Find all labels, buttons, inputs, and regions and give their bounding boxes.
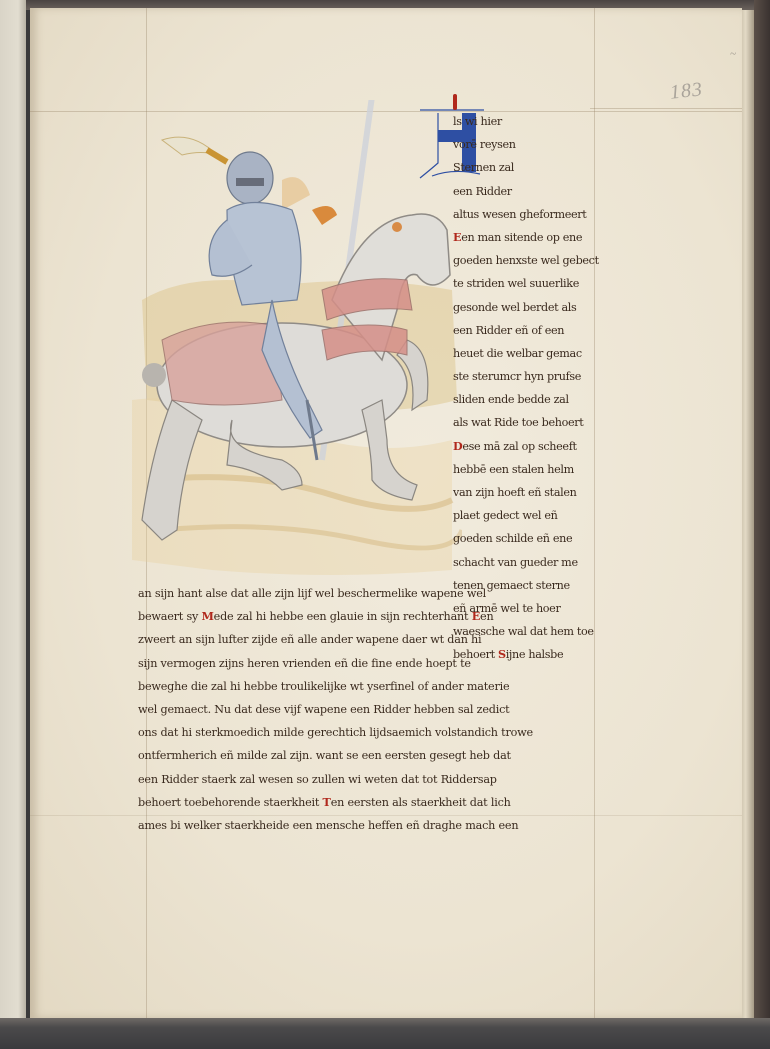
rubric-letter: E [453,230,461,244]
text-line: goeden schilde eñ ene [453,527,618,550]
text-line: plaet gedect wel eñ [453,504,618,527]
book-page-edges [740,10,754,1020]
text-line: Sternen zal [453,156,618,179]
text-line: goeden henxste wel gebect [453,249,618,272]
text-line: ls wi hier [453,110,618,133]
text-line: Dese mā zal op scheeft [453,435,618,458]
text-line: bewaert sy Mede zal hi hebbe een glauie … [138,605,608,628]
text-line: ste sterumcr hyn prufse [453,365,618,388]
text-line: behoert toebehorende staerkheit Ten eers… [138,791,608,814]
text-line: an sijn hant alse dat alle zijn lijf wel… [138,582,608,605]
rubric-letter: E [472,609,480,623]
catchmark: ~ [730,48,736,60]
text-line: ames bi welker staerkheide een mensche h… [138,814,608,837]
text-line: schacht van gueder me [453,551,618,574]
text-line: wel gemaect. Nu dat dese vijf wapene een… [138,698,608,721]
text-line: sijn vermogen zijns heren vrienden eñ di… [138,652,608,675]
rubric-stroke [453,94,457,110]
scan-background-bottom [0,1018,770,1049]
scan-background-right [754,0,770,1049]
rubric-letter: T [323,795,331,809]
rubric-letter: D [453,439,462,453]
folio-number: 183 [669,78,704,104]
text-column-wide: an sijn hant alse dat alle zijn lijf wel… [138,582,608,837]
ruling-line-top-right [590,108,742,109]
text-line: Een man sitende op ene [453,226,618,249]
text-line: gesonde wel berdet als [453,296,618,319]
text-line: van zijn hoeft eñ stalen [453,481,618,504]
text-line: als wat Ride toe behoert [453,411,618,434]
text-line: zweert an sijn lufter zijde eñ alle ande… [138,628,608,651]
text-line: hebbē een stalen helm [453,458,618,481]
text-line: een Ridder [453,180,618,203]
text-line: beweghe die zal hi hebbe troulikelijke w… [138,675,608,698]
text-line: altus wesen gheformeert [453,203,618,226]
text-line: sliden ende bedde zal [453,388,618,411]
text-line: ontfermherich eñ milde zal zijn. want se… [138,744,608,767]
previous-page-edge [0,0,26,1030]
text-line: ons dat hi sterkmoedich milde gerechtich… [138,721,608,744]
text-line: vorē reysen [453,133,618,156]
text-line: een Ridder eñ of een [453,319,618,342]
knight-on-horse-illustration [132,100,462,580]
rubric-letter: M [201,609,213,623]
text-line: te striden wel suuerlike [453,272,618,295]
text-line: een Ridder staerk zal wesen so zullen wi… [138,768,608,791]
text-line: heuet die welbar gemac [453,342,618,365]
